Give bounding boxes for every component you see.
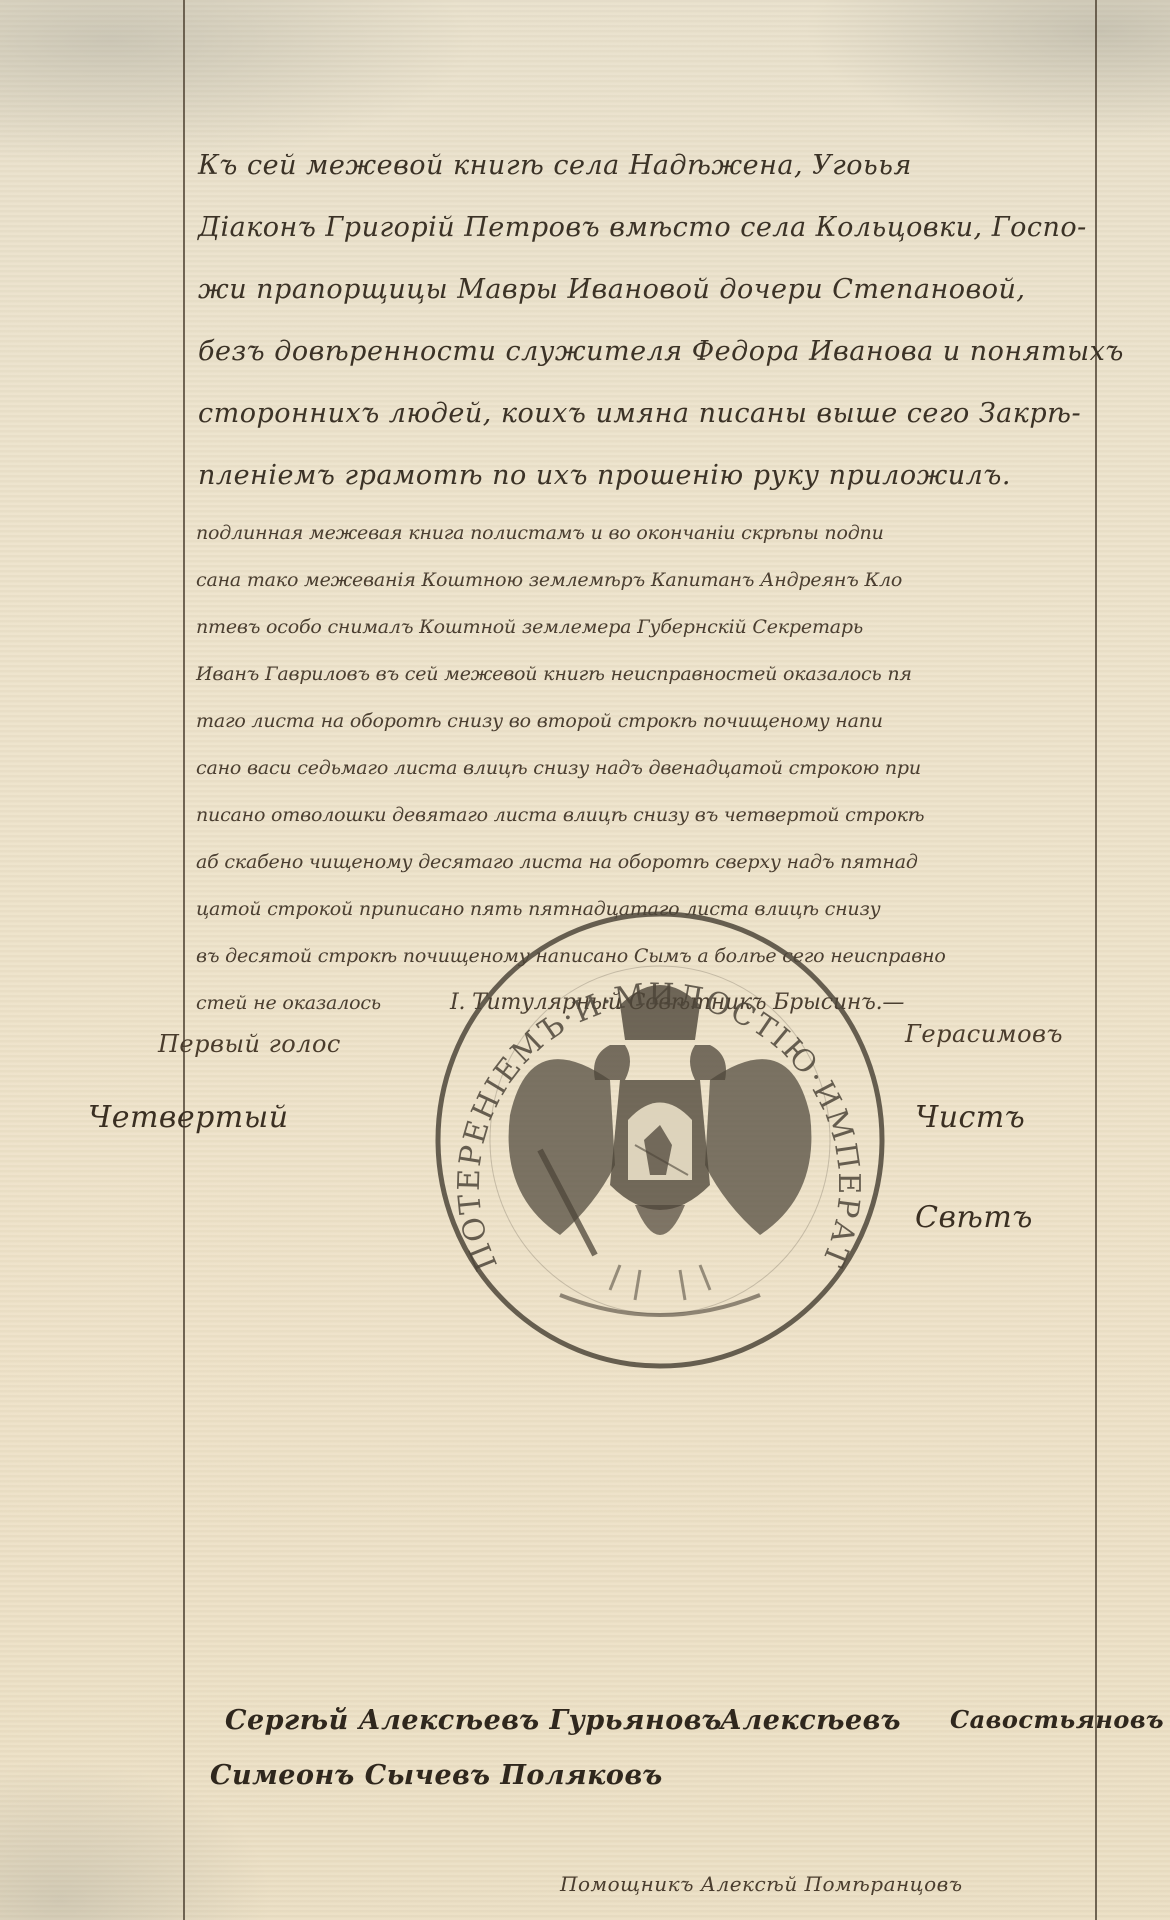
- signature-witness-2: Алексѣевъ: [720, 1705, 901, 1736]
- main-line: жи прапорщицы Мавры Ивановой дочери Степ…: [198, 274, 1025, 305]
- imperial-seal: ПОТЕРЕНІЕМЪ·И·МИЛОСТІЮ·ИМПЕРАТОРА·АЛЕКСА…: [420, 905, 900, 1375]
- signature-witness-1: Сергѣй Алексѣевъ Гурьяновъ: [225, 1705, 722, 1736]
- left-margin-rule: [183, 0, 185, 1920]
- side-note-left-top: Первый голос: [158, 1030, 341, 1058]
- main-line: Къ сей межевой книгѣ села Надѣжена, Угоь…: [198, 150, 912, 181]
- double-headed-eagle-icon: ПОТЕРЕНІЕМЪ·И·МИЛОСТІЮ·ИМПЕРАТОРА·АЛЕКСА…: [420, 905, 900, 1375]
- side-note-right-bottom: Свѣтъ: [915, 1200, 1033, 1235]
- signature-assistant: Помощникъ Алексѣй Помѣранцовъ: [560, 1872, 963, 1896]
- side-note-right-mid: Чистъ: [915, 1100, 1025, 1135]
- main-line: стороннихъ людей, коихъ имяна писаны выш…: [198, 398, 1081, 429]
- cert-line: таго листа на оборотѣ снизу во второй ст…: [196, 710, 883, 732]
- cert-line: подлинная межевая книга полистамъ и во о…: [196, 522, 884, 544]
- cert-line: стей не оказалось: [196, 992, 381, 1014]
- main-line: Діаконъ Григорій Петровъ вмѣсто села Кол…: [198, 212, 1087, 243]
- cert-line: аб скабено чищеному десятаго листа на об…: [196, 851, 918, 873]
- right-margin-rule: [1095, 0, 1097, 1920]
- cert-line: сана тако межеванія Коштною землемѣръ Ка…: [196, 569, 902, 591]
- signature-witness-3: Савостьяновъ: [950, 1705, 1164, 1734]
- cert-line: птевъ особо снималъ Коштной землемера Гу…: [196, 616, 863, 638]
- signature-witness-4: Симеонъ Сычевъ Поляковъ: [210, 1760, 663, 1791]
- cert-line: писано отволошки девятаго листа влицѣ сн…: [196, 804, 924, 826]
- cert-line: сано вaси седьмаго листа влицѣ снизу над…: [196, 757, 921, 779]
- main-line: пленіемъ грамотѣ по ихъ прошенію руку пр…: [198, 460, 1011, 491]
- side-note-right-top: Герасимовъ: [905, 1020, 1063, 1048]
- cert-line: Иванъ Гавриловъ въ сей межевой книгѣ неи…: [196, 663, 912, 685]
- side-note-left-main: Четвертый: [88, 1100, 289, 1135]
- main-line: безъ довѣренности служителя Федора Ивано…: [198, 336, 1124, 367]
